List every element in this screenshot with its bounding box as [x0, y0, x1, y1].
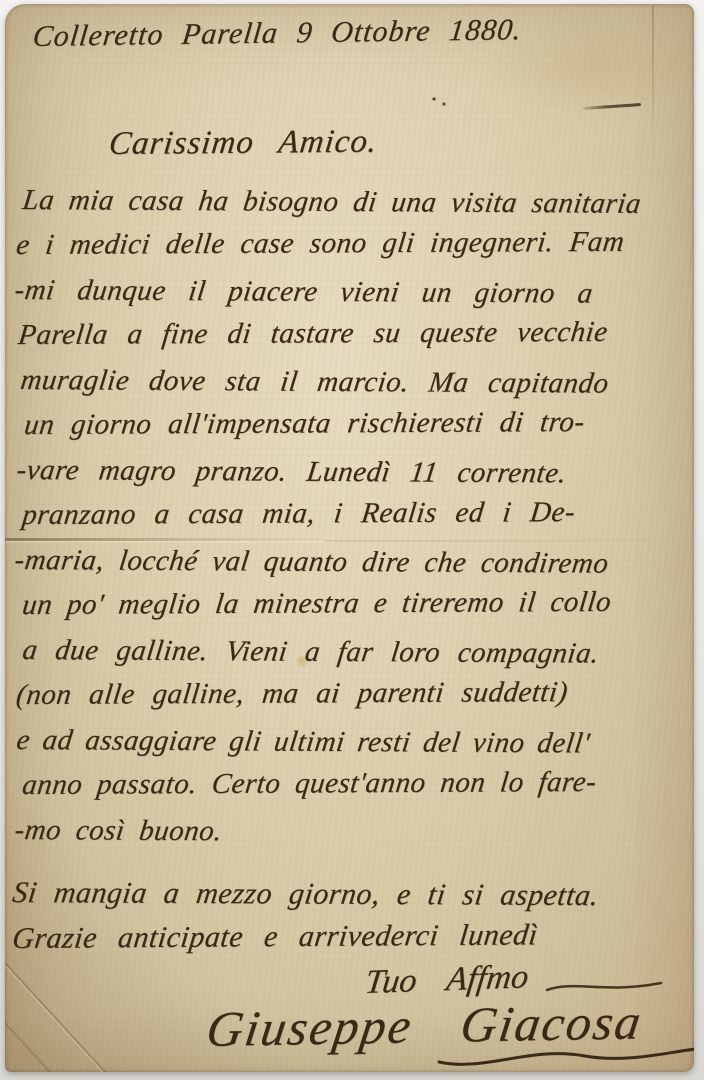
- postscript: Si mangia a mezzo giorno, e ti si aspett…: [9, 876, 694, 968]
- photo-backdrop: Colleretto Parella 9 Ottobre 1880. Caris…: [0, 0, 704, 1080]
- body-line: un giorno all'impensata rischieresti di …: [21, 405, 694, 454]
- body-line: Parella a fine di tastare su queste vecc…: [15, 315, 694, 364]
- body-line: pranzano a casa mia, i Realis ed i De-: [19, 495, 694, 544]
- ink-smudge: [429, 94, 451, 110]
- letter-body: La mia casa ha bisogno di una visita san…: [11, 184, 694, 859]
- signature: Giuseppe Giacosa: [203, 992, 646, 1058]
- body-line: (non alle galline, ma ai parenti suddett…: [13, 675, 694, 724]
- letter-paper: Colleretto Parella 9 Ottobre 1880. Caris…: [5, 4, 694, 1072]
- body-line: anno passato. Certo quest'anno non lo fa…: [19, 765, 694, 814]
- fold-crease-vertical: [652, 6, 654, 156]
- dateline: Colleretto Parella 9 Ottobre 1880.: [31, 13, 524, 54]
- postscript-line: Grazie anticipate e arrivederci lunedì: [9, 917, 694, 968]
- salutation: Carissimo Amico.: [107, 124, 379, 163]
- body-line: un po' meglio la minestra e tireremo il …: [19, 585, 694, 634]
- body-line: e i medici delle case sono gli ingegneri…: [13, 225, 694, 274]
- fold-crease-corner: [5, 963, 115, 1072]
- fold-crease-corner: [5, 1022, 61, 1072]
- ink-dash: [583, 103, 641, 110]
- body-line: -mo così buono.: [11, 814, 694, 863]
